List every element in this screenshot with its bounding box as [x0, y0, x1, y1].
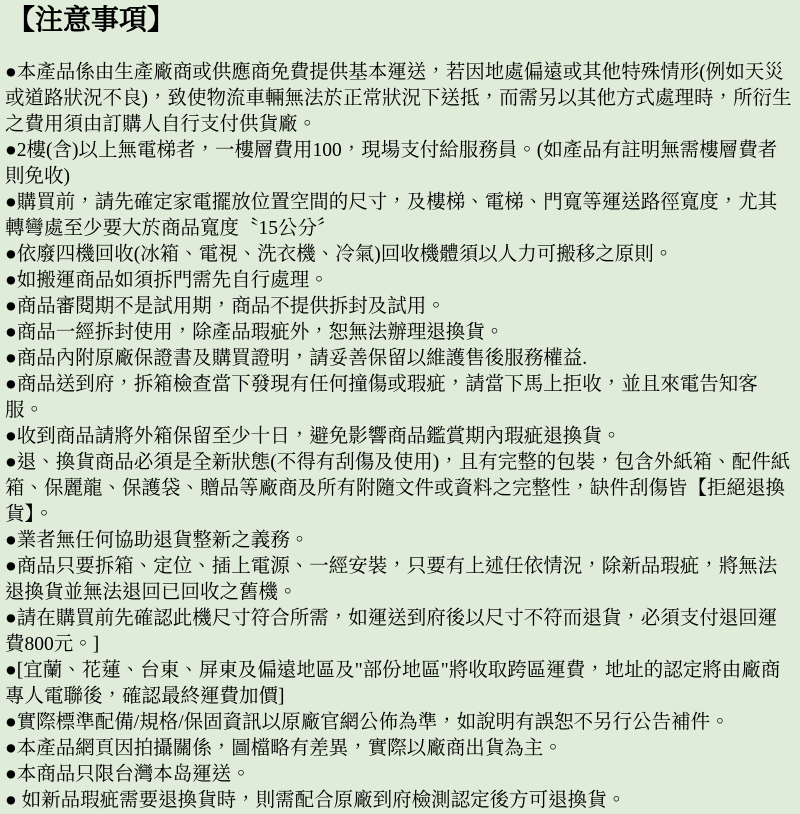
notice-item-measure-before-buy: ●購買前，請先確定家電擺放位置空間的尺寸，及樓梯、電梯、門寬等運送路徑寬度，尤其…	[5, 190, 796, 242]
notice-item-recycle: ●依廢四機回收(冰箱、電視、洗衣機、冷氣)回收機體須以人力可搬移之原則。	[5, 242, 796, 268]
notice-item-opened-no-return: ●商品一經拆封使用，除產品瑕疵外，恕無法辦理退換貨。	[5, 320, 796, 346]
notice-item-review-period: ●商品審閱期不是試用期，商品不提供拆封及試用。	[5, 294, 796, 320]
page-title: 【注意事項】	[7, 6, 796, 36]
notice-item-warranty-card: ●商品內附原廠保證書及購買證明，請妥善保留以維護售後服務權益.	[5, 346, 796, 372]
notice-list: ●本產品係由生產廠商或供應商免費提供基本運送，若因地處偏遠或其他特殊情形(例如天…	[5, 60, 796, 814]
notice-item-spec-reference: ●實際標準配備/規格/保固資訊以原廠官網公佈為準，如說明有誤恕不另行公告補件。	[5, 710, 796, 736]
notice-item-taiwan-only: ●本商品只限台灣本岛運送。	[5, 762, 796, 788]
notice-item-floor-fee: ●2樓(含)以上無電梯者，一樓層費用100，現場支付給服務員。(如產品有註明無需…	[5, 138, 796, 190]
notice-page: 【注意事項】 ●本產品係由生產廠商或供應商免費提供基本運送，若因地處偏遠或其他特…	[0, 0, 800, 814]
notice-item-remote-area-fee: ●[宜蘭、花蓮、台東、屏東及偏遠地區及"部份地區"將收取跨區運費，地址的認定將由…	[5, 658, 796, 710]
notice-item-inspect-on-delivery: ●商品送到府，拆箱檢查當下發現有任何撞傷或瑕疵，請當下馬上拒收，並且來電告知客服…	[5, 372, 796, 424]
notice-item-photo-difference: ●本產品網頁因拍攝關係，圖檔略有差異，實際以廠商出貨為主。	[5, 736, 796, 762]
notice-item-installed-no-return: ●商品只要拆箱、定位、插上電源、一經安裝，只要有上述任依情況，除新品瑕疵，將無法…	[5, 554, 796, 606]
notice-item-door-removal: ●如搬運商品如須拆門需先自行處理。	[5, 268, 796, 294]
notice-item-keep-box: ●收到商品請將外箱保留至少十日，避免影響商品鑑賞期內瑕疵退換貨。	[5, 424, 796, 450]
notice-item-size-confirm-fee: ●請在購買前先確認此機尺寸符合所需，如運送到府後以尺寸不符而退貨，必須支付退回運…	[5, 606, 796, 658]
notice-item-shipping: ●本產品係由生產廠商或供應商免費提供基本運送，若因地處偏遠或其他特殊情形(例如天…	[5, 60, 796, 138]
notice-item-no-refurbish-duty: ●業者無任何協助退貨整新之義務。	[5, 528, 796, 554]
notice-item-return-condition: ●退、換貨商品必須是全新狀態(不得有刮傷及使用)，且有完整的包裝，包含外紙箱、配…	[5, 450, 796, 528]
notice-item-defect-inspection: ● 如新品瑕疵需要退換貨時，則需配合原廠到府檢測認定後方可退換貨。	[5, 788, 796, 814]
